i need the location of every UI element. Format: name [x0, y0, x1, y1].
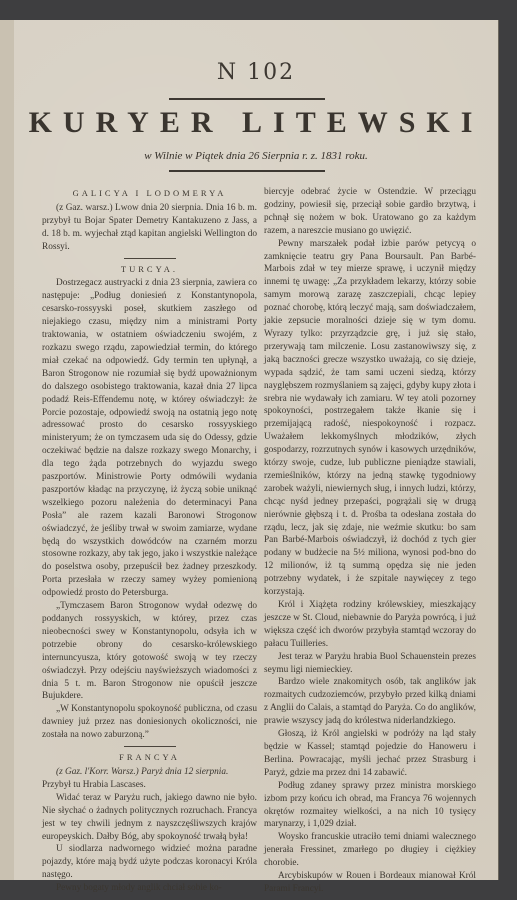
article-paragraph: Głoszą, iż Król angielski w podróży na l… [264, 728, 476, 780]
masthead-rule-bottom [169, 170, 325, 172]
francya-paragraph: U siodlarza nadwornego widzieć można par… [42, 843, 257, 882]
article-paragraph: biercyje odebrać życie w Ostendzie. W pr… [264, 186, 476, 238]
turcya-paragraph: Dostrzegacz austryacki z dnia 23 sierpni… [42, 277, 257, 600]
newspaper-page: N 102 KURYER LITEWSKI w Wilnie w Piątek … [14, 20, 499, 880]
article-paragraph: Podług zdaney sprawy przez ministra mors… [264, 780, 476, 832]
francya-source-line: (z Gaz. l'Korr. Warsz.) Paryż dnia 12 si… [42, 766, 257, 779]
turcya-paragraph: „W Konstantynopolu spokoyność publiczna,… [42, 703, 257, 742]
masthead-rule-top [169, 98, 325, 100]
dateline: w Wilnie w Piątek dnia 26 Sierpnia r. z.… [14, 150, 498, 162]
article-paragraph: Król i Xiążęta rodziny królewskiey, mies… [264, 599, 476, 651]
adjacent-page-edge [0, 20, 15, 880]
section-separator [124, 258, 176, 259]
right-column: biercyje odebrać życie w Ostendzie. W pr… [264, 186, 476, 896]
article-paragraph: Jest teraz w Paryżu hrabia Buol Schauens… [264, 651, 476, 677]
article-paragraph: Arcybiskupów w Rouen i Bordeaux mianował… [264, 870, 476, 896]
section-heading-francya: FRANCYA [42, 751, 257, 764]
turcya-paragraph: „Tymczasem Baron Strogonow wydał odezwę … [42, 600, 257, 703]
francya-paragraph: Przybył tu Hrabia Lascases. [42, 779, 257, 792]
section-heading-galicya: GALICYA I LODOMERYA [42, 187, 257, 200]
article-paragraph: Bardzo wiele znakomitych osób, tak angli… [264, 676, 476, 728]
issue-number: N 102 [14, 60, 498, 85]
article-paragraph: Woysko francuskie utraciło temi dniami w… [264, 831, 476, 870]
francya-paragraph: Pewny bogaty młody anglik chciał sobie k… [42, 882, 257, 895]
francya-paragraph: Widać teraz w Paryżu ruch, jakiego dawno… [42, 792, 257, 844]
newspaper-title: KURYER LITEWSKI [14, 106, 498, 140]
section-separator [124, 746, 176, 747]
article-paragraph: Pewny marszałek podał izbie parów petycy… [264, 238, 476, 599]
section-heading-turcya: TURCYA. [42, 263, 257, 276]
left-column: GALICYA I LODOMERYA (z Gaz. warsz.) Lwow… [42, 186, 257, 895]
galicya-paragraph: (z Gaz. warsz.) Lwow dnia 20 sierpnia. D… [42, 202, 257, 254]
